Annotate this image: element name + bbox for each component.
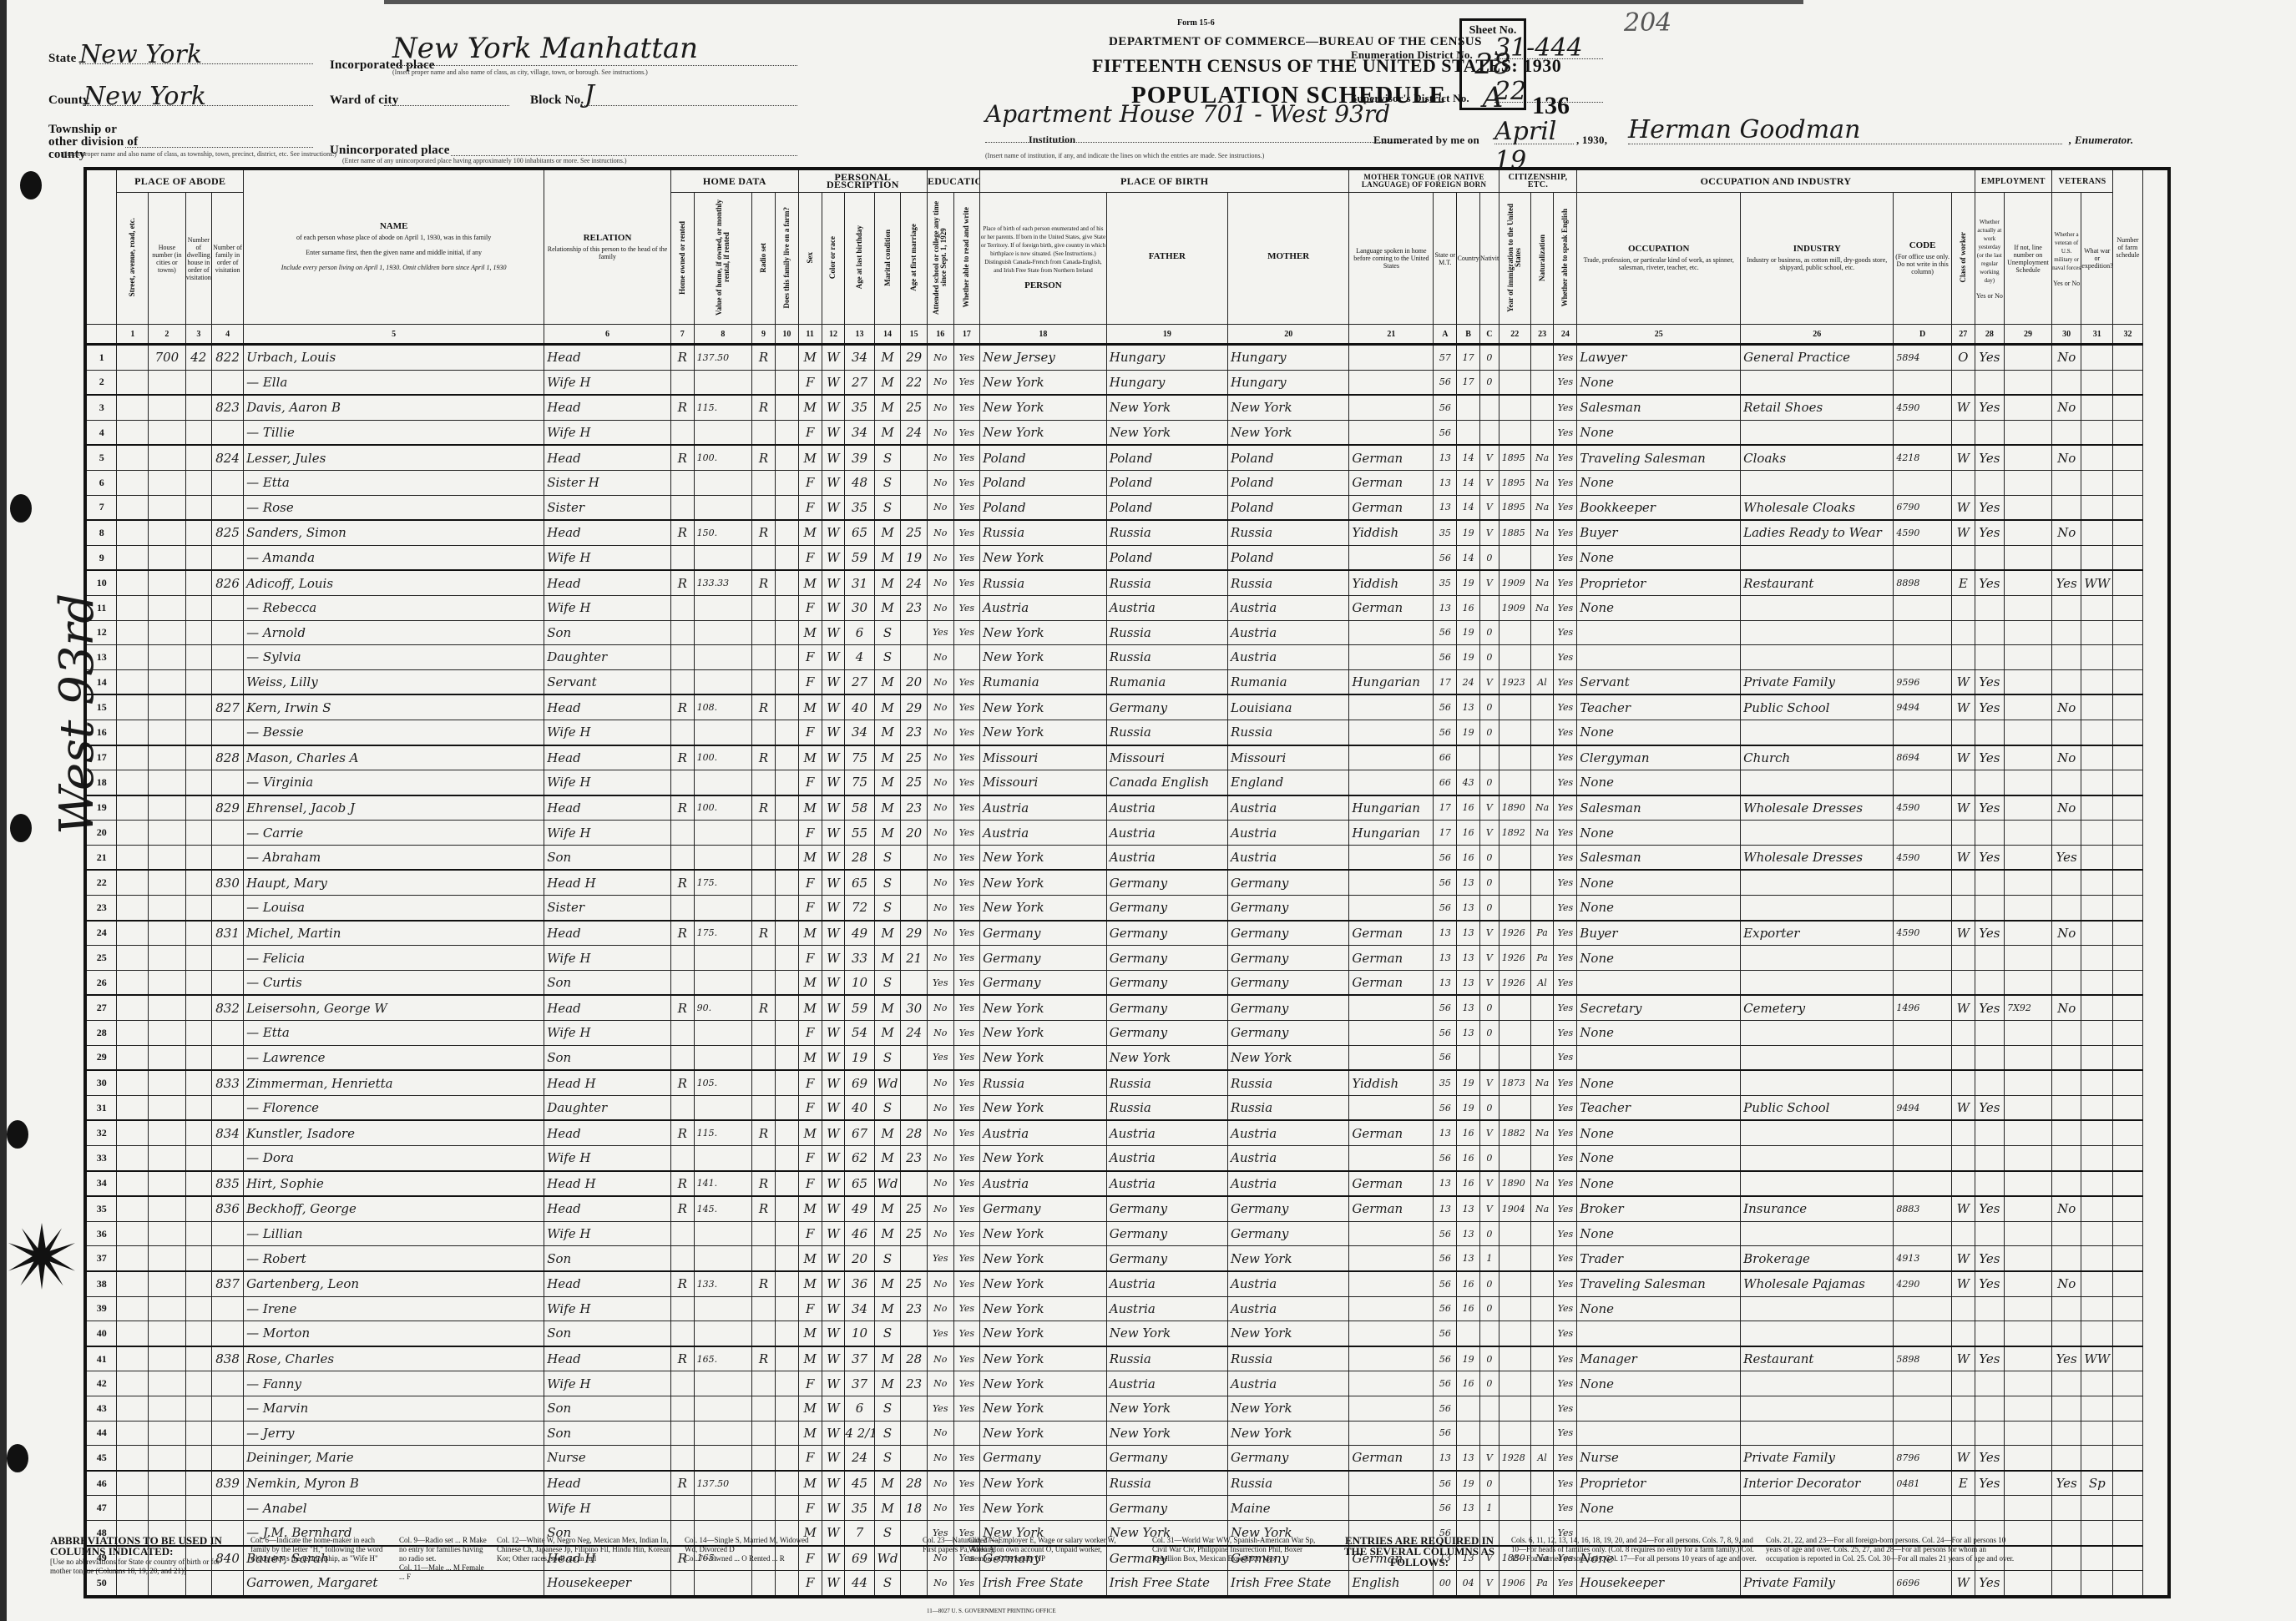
cell-relation: Head — [544, 921, 671, 946]
column-number: 27 — [1951, 325, 1975, 345]
cell-family: 822 — [212, 345, 244, 371]
block-field[interactable]: J — [584, 80, 797, 106]
cell-street — [117, 1021, 149, 1046]
cell-value: 137.50 — [694, 345, 752, 371]
cell-race: W — [822, 921, 845, 946]
cell-war — [2081, 870, 2113, 895]
cell-sex: F — [798, 669, 822, 694]
incorporated-note: (Insert proper name and also name of cla… — [392, 68, 648, 76]
ward-field[interactable] — [384, 90, 509, 106]
cell-age-marr: 25 — [901, 1221, 928, 1246]
cell-farm — [775, 1120, 798, 1145]
cell-owned — [670, 1246, 694, 1271]
cell-ca: 13 — [1434, 1196, 1457, 1221]
cell-school: Yes — [927, 970, 953, 995]
cell-father: Austria — [1106, 1371, 1227, 1396]
cell-cc: 0 — [1480, 1021, 1499, 1046]
cell-vet — [2051, 420, 2081, 445]
cell-farmno — [2113, 745, 2142, 770]
cell-street — [117, 795, 149, 821]
enumerated-date-field[interactable]: April 19 — [1494, 117, 1574, 144]
cell-name: Gartenberg, Leon — [244, 1271, 544, 1296]
cell-school: No — [927, 570, 953, 595]
cell-read: Yes — [953, 1496, 980, 1521]
cell-father: Germany — [1106, 1021, 1227, 1046]
cell-age-marr — [901, 896, 928, 921]
cell-immig: 1904 — [1499, 1196, 1530, 1221]
cell-immig: 1895 — [1499, 445, 1530, 470]
cell-sex: M — [798, 795, 822, 821]
cell-farm — [775, 445, 798, 470]
cell-occupation — [1577, 1321, 1741, 1346]
county-field[interactable]: New York — [83, 82, 313, 106]
cell-school: No — [927, 1346, 953, 1371]
cell-name: — Rose — [244, 495, 544, 520]
cell-industry — [1741, 821, 1894, 846]
cell-farmno — [2113, 1321, 2142, 1346]
table-row: 6— EttaSister HFW48SNoYesPolandPolandPol… — [85, 470, 2169, 495]
cell-age-marr: 24 — [901, 420, 928, 445]
cell-sex: M — [798, 395, 822, 420]
cell-sex: F — [798, 495, 822, 520]
cell-house — [149, 745, 185, 770]
cell-cb — [1457, 1045, 1480, 1070]
cell-age-marr — [901, 1246, 928, 1271]
cell-farmno — [2113, 370, 2142, 395]
incorporated-field[interactable]: New York Manhattan — [392, 32, 797, 66]
cell-age-marr: 19 — [901, 545, 928, 570]
cell-family — [212, 720, 244, 745]
cell-vet: No — [2051, 745, 2081, 770]
cell-nat: Na — [1530, 821, 1554, 846]
cell-owned — [670, 770, 694, 795]
cell-nat — [1530, 1095, 1554, 1120]
cell-family — [212, 420, 244, 445]
cell-street — [117, 1045, 149, 1070]
cell-relation: Head H — [544, 1171, 671, 1197]
cell-age: 49 — [845, 1196, 874, 1221]
cell-occupation: Buyer — [1577, 520, 1741, 545]
cell-street — [117, 1496, 149, 1521]
table-row: 44— JerrySonMW4 2/12SNoNew YorkNew YorkN… — [85, 1421, 2169, 1446]
cell-read: Yes — [953, 1571, 980, 1597]
column-number: 28 — [1975, 325, 2004, 345]
cell-read: Yes — [953, 520, 980, 545]
cell-farmno — [2113, 645, 2142, 670]
cell-race: W — [822, 470, 845, 495]
cell-race: W — [822, 520, 845, 545]
punch-hole-icon — [7, 1444, 28, 1472]
table-row: 26— CurtisSonMW10SYesYesGermanyGermanyGe… — [85, 970, 2169, 995]
cell-unemp — [2005, 1070, 2052, 1095]
cell-birth: New York — [980, 620, 1107, 645]
cell-sex: M — [798, 1196, 822, 1221]
cell-relation: Wife H — [544, 595, 671, 620]
table-row: 15827Kern, Irwin SHeadR108.RMW40M29NoYes… — [85, 694, 2169, 720]
cell-father: Russia — [1106, 645, 1227, 670]
cell-marital: S — [874, 1396, 901, 1421]
cell-father: Germany — [1106, 1446, 1227, 1471]
cell-marital: M — [874, 1120, 901, 1145]
cell-mother: New York — [1228, 420, 1349, 445]
cell-unemp — [2005, 669, 2052, 694]
cell-radio — [752, 1146, 776, 1171]
cell-work: Yes — [1975, 745, 2004, 770]
cell-race: W — [822, 345, 845, 371]
cell-value — [694, 1246, 752, 1271]
column-number: 10 — [775, 325, 798, 345]
cell-race: W — [822, 720, 845, 745]
cell-owned — [670, 1396, 694, 1421]
unincorporated-field[interactable] — [451, 140, 797, 156]
cell-owned — [670, 620, 694, 645]
cell-family — [212, 545, 244, 570]
cell-vet — [2051, 1546, 2081, 1571]
cell-nat — [1530, 1246, 1554, 1271]
cell-nat: Na — [1530, 570, 1554, 595]
cell-cb: 19 — [1457, 1346, 1480, 1371]
cell-street — [117, 745, 149, 770]
cell-value: 105. — [694, 1070, 752, 1095]
cell-age-marr — [901, 620, 928, 645]
cell-lang — [1349, 870, 1434, 895]
sheet-value: 28 A — [1462, 48, 1524, 114]
footer-col6: Col. 6—Indicate the home-maker in each f… — [250, 1536, 392, 1563]
cell-english: Yes — [1554, 1021, 1577, 1046]
cell-immig — [1499, 1321, 1530, 1346]
cell-occupation: Salesman — [1577, 795, 1741, 821]
cell-lang — [1349, 745, 1434, 770]
cell-vet — [2051, 595, 2081, 620]
cell-industry: Interior Decorator — [1741, 1471, 1894, 1496]
cell-war — [2081, 1321, 2113, 1346]
cell-age-marr: 25 — [901, 745, 928, 770]
cell-war — [2081, 445, 2113, 470]
cell-nat: Na — [1530, 795, 1554, 821]
cell-owned: R — [670, 1120, 694, 1145]
line-number: 4 — [85, 420, 117, 445]
group-place-of-abode: PLACE OF ABODE — [117, 169, 244, 193]
header-employment-yes: Whether actually at work yesterday (or t… — [1975, 193, 2004, 325]
cell-street — [117, 1471, 149, 1496]
cell-class — [1951, 946, 1975, 971]
state-field[interactable]: New York — [79, 40, 313, 64]
cell-owned: R — [670, 570, 694, 595]
cell-family: 834 — [212, 1120, 244, 1145]
cell-age-marr: 28 — [901, 1120, 928, 1145]
cell-cc: 0 — [1480, 1371, 1499, 1396]
cell-owned — [670, 896, 694, 921]
group-mother-tongue: MOTHER TONGUE (OR NATIVE LANGUAGE) OF FO… — [1349, 169, 1499, 193]
cell-lang: German — [1349, 595, 1434, 620]
cell-mother: England — [1228, 770, 1349, 795]
township-field[interactable] — [125, 135, 313, 148]
cell-value — [694, 896, 752, 921]
cell-radio: R — [752, 395, 776, 420]
cell-cc: V — [1480, 520, 1499, 545]
cell-owned: R — [670, 520, 694, 545]
column-number: 5 — [244, 325, 544, 345]
cell-immig — [1499, 694, 1530, 720]
cell-father: Poland — [1106, 445, 1227, 470]
cell-school: No — [927, 395, 953, 420]
cell-value: 141. — [694, 1171, 752, 1197]
cell-value — [694, 821, 752, 846]
scan-edge — [0, 0, 7, 1621]
cell-birth: Russia — [980, 570, 1107, 595]
cell-industry: Retail Shoes — [1741, 395, 1894, 420]
cell-work — [1975, 470, 2004, 495]
cell-school: No — [927, 1095, 953, 1120]
cell-dwelling — [185, 395, 212, 420]
cell-immig: 1906 — [1499, 1571, 1530, 1597]
cell-name: — Carrie — [244, 821, 544, 846]
cell-marital: S — [874, 1095, 901, 1120]
cell-street — [117, 1120, 149, 1145]
cell-read: Yes — [953, 1271, 980, 1296]
line-number: 16 — [85, 720, 117, 745]
cell-age-marr — [901, 1171, 928, 1197]
cell-age: 34 — [845, 420, 874, 445]
cell-occ-code: 5898 — [1894, 1346, 1952, 1371]
cell-sex: F — [798, 595, 822, 620]
cell-race: W — [822, 1120, 845, 1145]
cell-school: No — [927, 896, 953, 921]
cell-industry — [1741, 1070, 1894, 1095]
cell-occ-code — [1894, 821, 1952, 846]
cell-age: 28 — [845, 845, 874, 870]
cell-unemp — [2005, 1571, 2052, 1597]
cell-class — [1951, 1146, 1975, 1171]
cell-farmno — [2113, 921, 2142, 946]
cell-birth: New Jersey — [980, 345, 1107, 371]
cell-unemp — [2005, 1221, 2052, 1246]
cell-name: Sanders, Simon — [244, 520, 544, 545]
cell-ca: 56 — [1434, 870, 1457, 895]
cell-occ-code — [1894, 545, 1952, 570]
cell-age-marr: 25 — [901, 395, 928, 420]
group-occupation: OCCUPATION AND INDUSTRY — [1577, 169, 1975, 193]
cell-house — [149, 470, 185, 495]
cell-house: 700 — [149, 345, 185, 371]
cell-unemp — [2005, 420, 2052, 445]
cell-occ-code — [1894, 1221, 1952, 1246]
cell-nat — [1530, 1396, 1554, 1421]
cell-mother: Germany — [1228, 1221, 1349, 1246]
cell-nat: Na — [1530, 1196, 1554, 1221]
cell-vet: No — [2051, 995, 2081, 1020]
cell-relation: Nurse — [544, 1446, 671, 1471]
cell-birth: New York — [980, 1021, 1107, 1046]
cell-name: Weiss, Lilly — [244, 669, 544, 694]
cell-farm — [775, 1146, 798, 1171]
cell-farmno — [2113, 595, 2142, 620]
cell-name: — Lawrence — [244, 1045, 544, 1070]
cell-radio: R — [752, 795, 776, 821]
cell-owned — [670, 821, 694, 846]
line-number: 31 — [85, 1095, 117, 1120]
cell-work — [1975, 870, 2004, 895]
cell-radio — [752, 720, 776, 745]
cell-dwelling — [185, 370, 212, 395]
cell-occupation: None — [1577, 946, 1741, 971]
cell-lang: German — [1349, 445, 1434, 470]
column-number: 19 — [1106, 325, 1227, 345]
cell-race: W — [822, 570, 845, 595]
cell-war — [2081, 395, 2113, 420]
cell-relation: Wife H — [544, 420, 671, 445]
cell-industry — [1741, 595, 1894, 620]
cell-father: Germany — [1106, 995, 1227, 1020]
cell-father: Austria — [1106, 595, 1227, 620]
cell-street — [117, 1446, 149, 1471]
cell-house — [149, 1120, 185, 1145]
cell-street — [117, 520, 149, 545]
cell-unemp — [2005, 1471, 2052, 1496]
cell-father: Rumania — [1106, 669, 1227, 694]
cell-war — [2081, 946, 2113, 971]
cell-farmno — [2113, 1571, 2142, 1597]
cell-dwelling — [185, 1045, 212, 1070]
column-number: 2 — [149, 325, 185, 345]
cell-family — [212, 1396, 244, 1421]
cell-lang — [1349, 995, 1434, 1020]
cell-industry: Cloaks — [1741, 445, 1894, 470]
cell-value — [694, 970, 752, 995]
ed-label: Enumeration District No. — [1351, 48, 1473, 62]
cell-value — [694, 1496, 752, 1521]
cell-nat — [1530, 370, 1554, 395]
line-number: 11 — [85, 595, 117, 620]
cell-industry — [1741, 1296, 1894, 1321]
block-value: J — [584, 80, 594, 109]
cell-immig: 1923 — [1499, 669, 1530, 694]
footer-entries-b: Cols. 21, 22, and 23—For all foreign-bor… — [1766, 1536, 2016, 1563]
block-label: Block No. — [530, 93, 584, 108]
cell-industry — [1741, 970, 1894, 995]
cell-nat — [1530, 1296, 1554, 1321]
cell-war — [2081, 1196, 2113, 1221]
cell-father: Russia — [1106, 520, 1227, 545]
cell-occ-code — [1894, 470, 1952, 495]
line-number: 10 — [85, 570, 117, 595]
cell-race: W — [822, 1421, 845, 1446]
cell-age: 10 — [845, 1321, 874, 1346]
cell-farm — [775, 595, 798, 620]
cell-mother: Russia — [1228, 720, 1349, 745]
cell-immig — [1499, 1045, 1530, 1070]
cell-radio — [752, 1045, 776, 1070]
page-number: 136 — [1532, 92, 1570, 120]
cell-english: Yes — [1554, 1196, 1577, 1221]
cell-work — [1975, 821, 2004, 846]
cell-father: New York — [1106, 1396, 1227, 1421]
cell-farmno — [2113, 1546, 2142, 1571]
cell-industry: Restaurant — [1741, 1346, 1894, 1371]
cell-street — [117, 1296, 149, 1321]
cell-mother: Austria — [1228, 1371, 1349, 1396]
unincorporated-note: (Enter name of any unincorporated place … — [342, 157, 627, 164]
cell-birth: Russia — [980, 1070, 1107, 1095]
cell-school: No — [927, 1496, 953, 1521]
cell-mother: Russia — [1228, 1070, 1349, 1095]
cell-class — [1951, 720, 1975, 745]
header-sex: Sex — [798, 193, 822, 325]
cell-sex: F — [798, 1070, 822, 1095]
cell-value: 100. — [694, 445, 752, 470]
header-language: Language spoken in home before coming to… — [1349, 193, 1434, 325]
cell-vet: No — [2051, 1271, 2081, 1296]
cell-father: Hungary — [1106, 370, 1227, 395]
cell-farm — [775, 1571, 798, 1597]
cell-unemp — [2005, 1246, 2052, 1271]
cell-read: Yes — [953, 1396, 980, 1421]
cell-war — [2081, 1396, 2113, 1421]
line-number: 13 — [85, 645, 117, 670]
cell-race: W — [822, 770, 845, 795]
cell-marital: M — [874, 1221, 901, 1246]
cell-occ-code: 9494 — [1894, 694, 1952, 720]
cell-dwelling — [185, 770, 212, 795]
cell-english: Yes — [1554, 1246, 1577, 1271]
cell-cb: 16 — [1457, 1271, 1480, 1296]
cell-house — [149, 445, 185, 470]
cell-age: 24 — [845, 1446, 874, 1471]
cell-unemp — [2005, 946, 2052, 971]
cell-occupation: None — [1577, 1120, 1741, 1145]
cell-school: No — [927, 1171, 953, 1197]
cell-vet — [2051, 495, 2081, 520]
cell-war — [2081, 1546, 2113, 1571]
line-number: 19 — [85, 795, 117, 821]
cell-read: Yes — [953, 395, 980, 420]
line-number: 5 — [85, 445, 117, 470]
cell-farmno — [2113, 520, 2142, 545]
cell-farm — [775, 645, 798, 670]
cell-immig — [1499, 345, 1530, 371]
cell-street — [117, 395, 149, 420]
cell-cc: V — [1480, 795, 1499, 821]
cell-occupation: None — [1577, 545, 1741, 570]
cell-family: 827 — [212, 694, 244, 720]
cell-name: — Etta — [244, 470, 544, 495]
cell-ca: 56 — [1434, 1221, 1457, 1246]
cell-work — [1975, 1321, 2004, 1346]
cell-age: 35 — [845, 1496, 874, 1521]
cell-nat — [1530, 1045, 1554, 1070]
cell-race: W — [822, 870, 845, 895]
cell-work: Yes — [1975, 921, 2004, 946]
cell-work: Yes — [1975, 795, 2004, 821]
cell-lang — [1349, 1221, 1434, 1246]
cell-farm — [775, 720, 798, 745]
enumerator-field[interactable]: Herman Goodman — [1628, 115, 2062, 144]
cell-dwelling — [185, 1371, 212, 1396]
cell-vet: No — [2051, 395, 2081, 420]
cell-street — [117, 1070, 149, 1095]
cell-race: W — [822, 1496, 845, 1521]
cell-cb: 13 — [1457, 896, 1480, 921]
cell-lang — [1349, 370, 1434, 395]
cell-age-marr: 21 — [901, 946, 928, 971]
cell-relation: Head — [544, 795, 671, 821]
cell-radio — [752, 1296, 776, 1321]
cell-family: 839 — [212, 1471, 244, 1496]
cell-street — [117, 545, 149, 570]
cell-cc: 0 — [1480, 694, 1499, 720]
cell-work: Yes — [1975, 1471, 2004, 1496]
cell-farm — [775, 770, 798, 795]
